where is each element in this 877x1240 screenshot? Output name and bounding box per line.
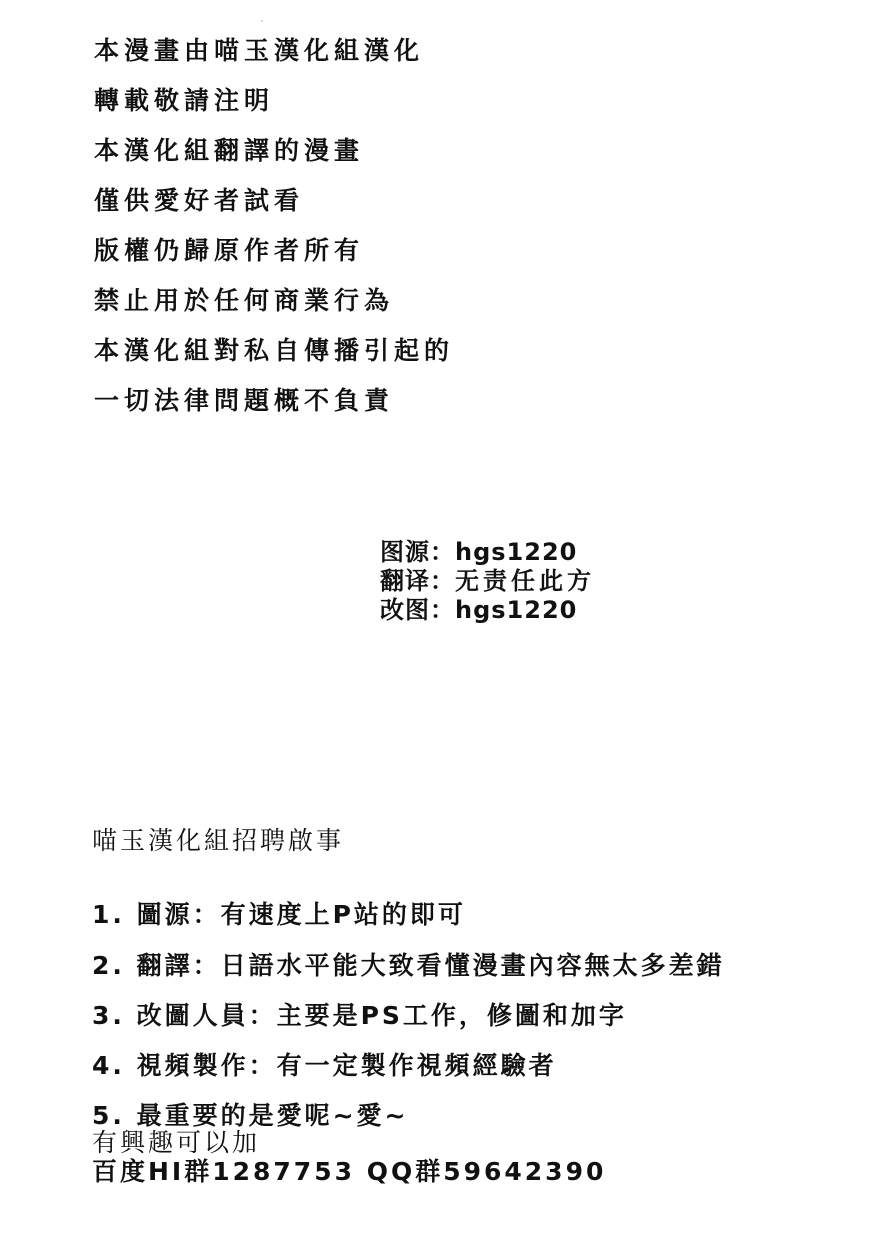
credit-source: 图源：hgs1220 <box>380 538 577 566</box>
disclaimer-line: 版權仍歸原作者所有 <box>94 236 364 266</box>
credit-value: hgs1220 <box>455 596 577 624</box>
credit-value: hgs1220 <box>455 538 577 566</box>
recruitment-item: 4. 視頻製作：有一定製作視頻經驗者 <box>92 1051 557 1081</box>
contact-line: 百度HI群1287753 QQ群59642390 <box>92 1158 606 1186</box>
disclaimer-line: 轉載敬請注明 <box>94 86 274 116</box>
recruitment-title: 喵玉漢化組招聘啟事 <box>92 826 344 856</box>
disclaimer-line: 禁止用於任何商業行為 <box>94 286 394 316</box>
disclaimer-line: 本漫畫由喵玉漢化組漢化 <box>94 36 424 66</box>
recruitment-item: 5. 最重要的是愛呢~愛~ <box>92 1101 409 1131</box>
recruitment-item: 3. 改圖人員：主要是PS工作，修圖和加字 <box>92 1001 627 1031</box>
credit-label: 翻译： <box>380 567 455 595</box>
scan-speck <box>261 20 263 22</box>
disclaimer-line: 一切法律問題概不負責 <box>94 386 394 416</box>
recruitment-item: 1. 圖源：有速度上P站的即可 <box>92 900 466 930</box>
credit-edit: 改图：hgs1220 <box>380 596 577 624</box>
disclaimer-line: 僅供愛好者試看 <box>94 186 304 216</box>
contact-line: 有興趣可以加 <box>92 1129 260 1157</box>
disclaimer-line: 本漢化組翻譯的漫畫 <box>94 136 364 166</box>
credit-label: 改图： <box>380 596 455 624</box>
credit-value: 无责任此方 <box>455 566 595 595</box>
credit-translation: 翻译：无责任此方 <box>380 567 595 595</box>
credit-label: 图源： <box>380 538 455 566</box>
disclaimer-line: 本漢化組對私自傳播引起的 <box>94 336 454 366</box>
recruitment-item: 2. 翻譯：日語水平能大致看懂漫畫內容無太多差錯 <box>92 951 725 981</box>
